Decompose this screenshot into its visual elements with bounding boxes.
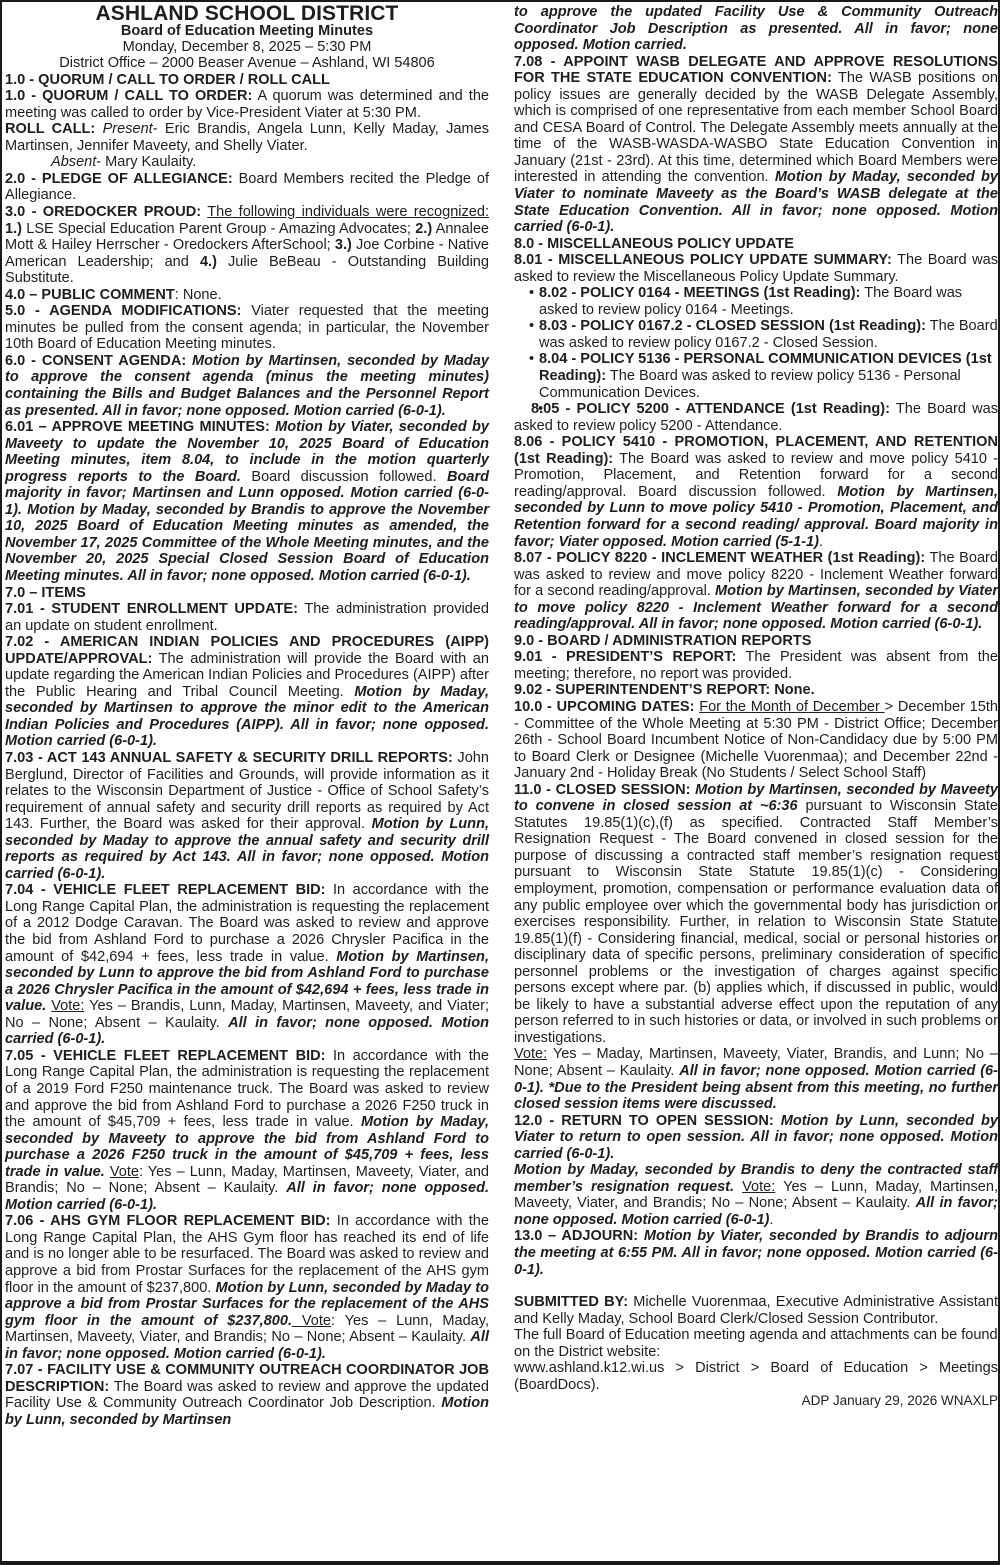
absent-label: Absent bbox=[51, 154, 96, 170]
roll-call: ROLL CALL: Present- Eric Brandis, Angela… bbox=[5, 121, 489, 154]
recognition-intro: The following individuals were recognize… bbox=[207, 204, 489, 220]
section-label: 7.01 - STUDENT ENROLLMENT UPDATE: bbox=[5, 601, 298, 617]
section-4-public-comment: 4.0 – PUBLIC COMMENT: None. bbox=[5, 287, 489, 304]
section-label: 10.0 - UPCOMING DATES: bbox=[514, 699, 694, 715]
section-label: 3.0 - OREDOCKER PROUD: bbox=[5, 204, 201, 220]
policy-label: 8.03 - POLICY 0167.2 - CLOSED SESSION (1… bbox=[539, 318, 926, 334]
vote-label: Vote: bbox=[51, 998, 84, 1014]
section-label: 7.03 - ACT 143 ANNUAL SAFETY & SECURITY … bbox=[5, 750, 453, 766]
meeting-location: District Office – 2000 Beaser Avenue – A… bbox=[5, 55, 489, 71]
section-text: pursuant to Wis­consin State Statutes 19… bbox=[514, 798, 998, 1046]
policy-bullet-0164: 8.02 - POLICY 0164 - MEETINGS (1st Readi… bbox=[514, 285, 998, 318]
meeting-datetime: Monday, December 8, 2025 – 5:30 PM bbox=[5, 39, 489, 55]
vote-label: Vote bbox=[110, 1164, 139, 1180]
section-12-resignation-motion: Motion by Maday, seconded by Brandis to … bbox=[514, 1162, 998, 1228]
policy-bullet-5136: 8.04 - POLICY 5136 - PERSONAL COMMUNICAT… bbox=[514, 351, 998, 401]
item-number: 1.) bbox=[5, 221, 22, 237]
section-label: 11.0 - CLOSED SESSION: bbox=[514, 782, 690, 798]
section-7-04-vehicle-bid: 7.04 - VEHICLE FLEET REPLACEMENT BID: In… bbox=[5, 882, 489, 1047]
section-label: 4.0 – PUBLIC COMMENT bbox=[5, 287, 175, 303]
section-label: 8.01 - MISCELLANEOUS POLICY UPDATE SUMMA… bbox=[514, 252, 892, 268]
section-11-vote: Vote: Yes – Maday, Martinsen, Maveety, V… bbox=[514, 1046, 998, 1112]
roll-call-label: ROLL CALL: bbox=[5, 121, 95, 137]
section-3-oredocker-proud: 3.0 - OREDOCKER PROUD: The following ind… bbox=[5, 204, 489, 287]
motion-text: Board majority in favor; Martinsen and L… bbox=[5, 469, 489, 584]
section-12-open-session: 12.0 - RETURN TO OPEN SESSION: Motion by… bbox=[514, 1113, 998, 1163]
section-8-01-summary: 8.01 - MISCELLANEOUS POLICY UPDATE SUMMA… bbox=[514, 252, 998, 285]
section-label: 7.05 - VEHICLE FLEET REPLACEMENT BID: bbox=[5, 1048, 325, 1064]
section-heading-8: 8.0 - MISCELLANEOUS POLICY UPDATE bbox=[514, 236, 998, 253]
section-label: 7.06 - AHS GYM FLOOR REPLACEMENT BID: bbox=[5, 1213, 331, 1229]
section-10-upcoming-dates: 10.0 - UPCOMING DATES: For the Month of … bbox=[514, 699, 998, 782]
section-7-01-enrollment: 7.01 - STUDENT ENROLLMENT UPDATE: The ad… bbox=[5, 601, 489, 634]
district-title: ASHLAND SCHOOL DISTRICT bbox=[5, 4, 489, 23]
submitted-label: SUBMITTED BY: bbox=[514, 1294, 628, 1310]
section-label: 5.0 - AGENDA MODIFICATIONS: bbox=[5, 303, 241, 319]
section-label: 9.01 - PRESIDENT’S REPORT: bbox=[514, 649, 736, 665]
publication-line: ADP January 29, 2026 WNAXLP bbox=[514, 1393, 998, 1410]
section-7-07-continued: to approve the updated Facility Use & Co… bbox=[514, 4, 998, 54]
right-column: to approve the updated Facility Use & Co… bbox=[514, 4, 998, 1410]
section-5-agenda-modifications: 5.0 - AGENDA MODIFICATIONS: Viater reque… bbox=[5, 303, 489, 353]
section-7-08-wasb-delegate: 7.08 - APPOINT WASB DELEGATE AND APPROVE… bbox=[514, 54, 998, 236]
section-label: 6.0 - CONSENT AGENDA: bbox=[5, 353, 186, 369]
section-text: Board discussion fol­lowed. bbox=[241, 469, 447, 485]
section-2-pledge: 2.0 - PLEDGE OF ALLEGIANCE: Board Member… bbox=[5, 171, 489, 204]
section-6-consent-agenda: 6.0 - CONSENT AGENDA: Motion by Martinse… bbox=[5, 353, 489, 419]
section-8-07-policy-8220: 8.07 - POLICY 8220 - INCLEMENT WEATHER (… bbox=[514, 550, 998, 633]
motion-text: to approve the updated Facility Use & Co… bbox=[514, 4, 998, 53]
section-heading-1: 1.0 - QUORUM / CALL TO ORDER / ROLL CALL bbox=[5, 72, 489, 89]
section-text: The WASB positions on policy issues are … bbox=[514, 70, 998, 185]
absent-members: - Mary Kaulaity. bbox=[96, 154, 196, 170]
full-agenda-note: The full Board of Education meeting agen… bbox=[514, 1327, 998, 1360]
section-6-01-approve-minutes: 6.01 – APPROVE MEETING MINUTES: Motion b… bbox=[5, 419, 489, 584]
policy-label: 8.05 - POLICY 5200 - ATTENDANCE (1st Rea… bbox=[531, 401, 890, 417]
spacer bbox=[514, 1278, 998, 1294]
masthead: ASHLAND SCHOOL DISTRICT Board of Educati… bbox=[5, 4, 489, 72]
legal-notice-frame: ASHLAND SCHOOL DISTRICT Board of Educati… bbox=[0, 0, 1000, 1565]
section-7-03-act-143: 7.03 - ACT 143 ANNUAL SAFETY & SECURITY … bbox=[5, 750, 489, 882]
policy-label: 8.02 - POLICY 0164 - MEETINGS (1st Readi… bbox=[539, 285, 860, 301]
vote-label: Vote bbox=[292, 1313, 331, 1329]
item-number: 3.) bbox=[335, 237, 352, 253]
section-label: 13.0 – ADJOURN: bbox=[514, 1228, 638, 1244]
section-13-adjourn: 13.0 – ADJOURN: Motion by Viater, second… bbox=[514, 1228, 998, 1278]
month-label: For the Month of December bbox=[699, 699, 884, 715]
present-label: Present bbox=[103, 121, 153, 137]
section-7-02-aipp: 7.02 - AMERICAN INDIAN POLICIES AND PROC… bbox=[5, 634, 489, 750]
policy-bullet-5200: 8.05 - POLICY 5200 - ATTENDANCE (1st Rea… bbox=[514, 401, 998, 434]
section-8-06-policy-5410: 8.06 - POLICY 5410 - PROMOTION, PLACEMEN… bbox=[514, 434, 998, 550]
section-label: 8.07 - POLICY 8220 - INCLEMENT WEATHER (… bbox=[514, 550, 925, 566]
item-number: 4.) bbox=[200, 254, 217, 270]
section-heading-7: 7.0 – ITEMS bbox=[5, 585, 489, 602]
item-number: 2.) bbox=[415, 221, 432, 237]
vote-label: Vote: bbox=[742, 1179, 775, 1195]
section-1-quorum: 1.0 - QUORUM / CALL TO ORDER: A quorum w… bbox=[5, 88, 489, 121]
policy-bullet-0167-2: 8.03 - POLICY 0167.2 - CLOSED SESSION (1… bbox=[514, 318, 998, 351]
submitted-by: SUBMITTED BY: Michelle Vuorenmaa, Execut… bbox=[514, 1294, 998, 1327]
section-9-01-president-report: 9.01 - PRESIDENT’S REPORT: The President… bbox=[514, 649, 998, 682]
section-label: 1.0 - QUORUM / CALL TO ORDER: bbox=[5, 88, 252, 104]
website-path: www.ashland.k12.wi.us > District > Board… bbox=[514, 1360, 998, 1393]
punctuation: . bbox=[819, 534, 823, 550]
absent-line: Absent- Mary Kaulaity. bbox=[5, 154, 489, 171]
section-7-06-gym-floor: 7.06 - AHS GYM FLOOR REPLACEMENT BID: In… bbox=[5, 1213, 489, 1362]
punctuation: . bbox=[769, 1212, 773, 1228]
section-11-closed-session: 11.0 - CLOSED SESSION: Motion by Martins… bbox=[514, 782, 998, 1047]
vote-label: Vote: bbox=[514, 1046, 547, 1062]
section-heading-9: 9.0 - BOARD / ADMINISTRATION REPORTS bbox=[514, 633, 998, 650]
section-7-07-job-description: 7.07 - FACILITY USE & COMMUNITY OUTREACH… bbox=[5, 1362, 489, 1428]
document-subtitle: Board of Education Meeting Minutes bbox=[5, 23, 489, 39]
left-column: ASHLAND SCHOOL DISTRICT Board of Educati… bbox=[5, 4, 489, 1428]
section-text: : None. bbox=[175, 287, 222, 303]
section-label: 6.01 – APPROVE MEETING MINUTES: bbox=[5, 419, 270, 435]
section-label: 12.0 - RETURN TO OPEN SESSION: bbox=[514, 1113, 774, 1129]
section-7-05-vehicle-bid: 7.05 - VEHICLE FLEET REPLACEMENT BID: In… bbox=[5, 1048, 489, 1213]
section-label: 2.0 - PLEDGE OF ALLEGIANCE: bbox=[5, 171, 233, 187]
item-text: LSE Special Education Parent Group - Ama… bbox=[22, 221, 415, 237]
section-label: 7.04 - VEHICLE FLEET REPLACEMENT BID: bbox=[5, 882, 325, 898]
section-9-02-superintendent-report: 9.02 - SUPERINTENDENT’S REPORT: None. bbox=[514, 682, 998, 699]
